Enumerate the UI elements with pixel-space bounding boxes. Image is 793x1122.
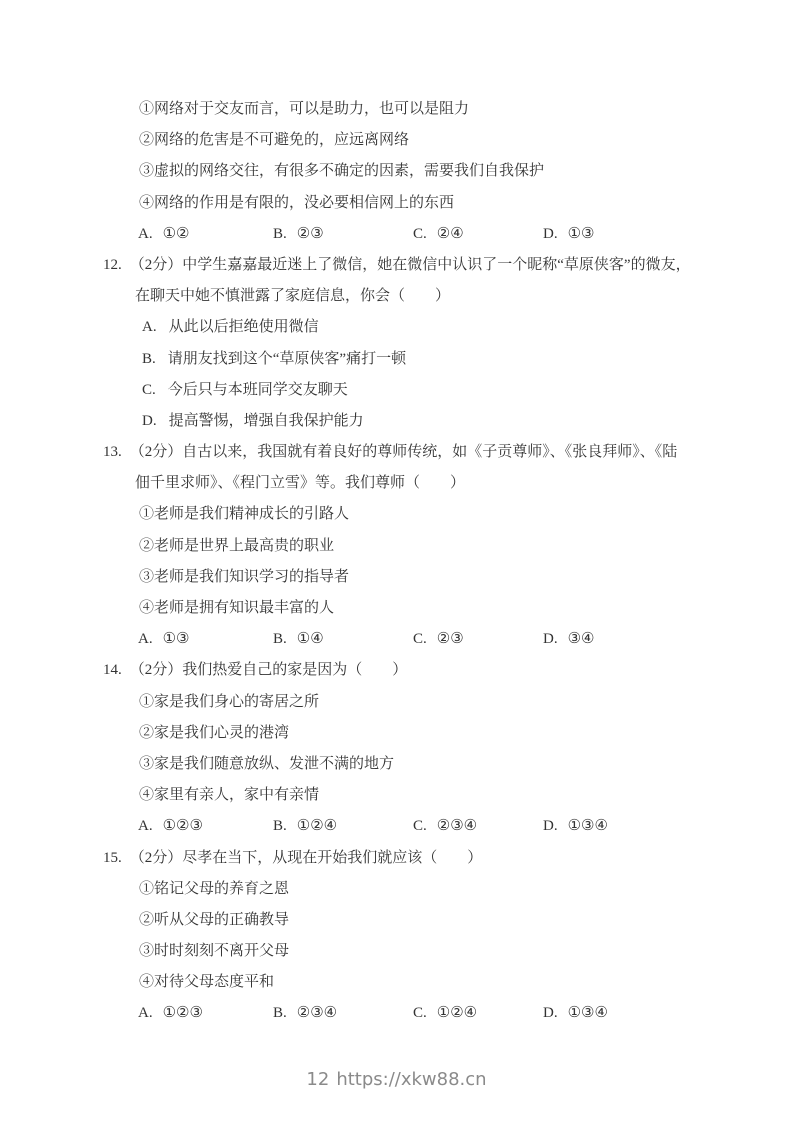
question-item: ④老师是拥有知识最丰富的人 xyxy=(103,593,763,624)
choice-label: B. xyxy=(273,226,287,242)
question-item: ①老师是我们精神成长的引路人 xyxy=(103,499,763,530)
choice-label: B. xyxy=(273,818,287,834)
choice-d: D.①③④ xyxy=(543,811,608,842)
question-number: 12. xyxy=(103,257,122,273)
question-stem-continued: 在聊天中她不慎泄露了家庭信息，你会（ ） xyxy=(103,281,763,312)
question-item: ③家是我们随意放纵、发泄不满的地方 xyxy=(103,749,763,780)
question-stem-text: （2分）尽孝在当下，从现在开始我们就应该（ ） xyxy=(130,850,483,866)
question-item: ④对待父母态度平和 xyxy=(103,967,763,998)
choice-value: ①③④ xyxy=(568,818,608,834)
choice-value: ①③ xyxy=(163,631,190,647)
option-label: C. xyxy=(142,382,156,398)
choice-b: B.①④ xyxy=(273,624,413,655)
option-label: B. xyxy=(142,351,156,367)
question-15: 15.（2分）尽孝在当下，从现在开始我们就应该（ ） ①铭记父母的养育之恩 ②听… xyxy=(103,843,763,1030)
choice-c: C.①②④ xyxy=(413,998,543,1029)
choice-b: B.①②④ xyxy=(273,811,413,842)
choice-b: B.②③ xyxy=(273,219,413,250)
question-item: ①网络对于交友而言，可以是助力，也可以是阻力 xyxy=(103,94,763,125)
page-footer: 12https://xkw88.cn xyxy=(0,1068,793,1092)
option-c: C.今后只与本班同学交友聊天 xyxy=(103,375,763,406)
choice-value: ②③ xyxy=(297,226,324,242)
choice-label: C. xyxy=(413,631,427,647)
choice-value: ①② xyxy=(163,226,190,242)
option-d: D.提高警惕，增强自我保护能力 xyxy=(103,406,763,437)
option-text: 提高警惕，增强自我保护能力 xyxy=(169,413,364,429)
question-list: ①网络对于交友而言，可以是助力，也可以是阻力 ②网络的危害是不可避免的，应远离网… xyxy=(103,94,763,1030)
choice-a: A.①②③ xyxy=(138,811,273,842)
choice-a: A.①②③ xyxy=(138,998,273,1029)
choice-b: B.②③④ xyxy=(273,998,413,1029)
question-item: ②家是我们心灵的港湾 xyxy=(103,718,763,749)
choice-value: ②④ xyxy=(437,226,464,242)
question-13: 13.（2分）自古以来，我国就有着良好的尊师传统，如《子贡尊师》、《张良拜师》、… xyxy=(103,437,763,655)
choice-value: ①③ xyxy=(568,226,595,242)
choice-label: A. xyxy=(138,1005,153,1021)
choice-a: A.①③ xyxy=(138,624,273,655)
question-stem: 14.（2分）我们热爱自己的家是因为（ ） xyxy=(103,655,763,686)
question-item: ②听从父母的正确教导 xyxy=(103,905,763,936)
question-number: 15. xyxy=(103,850,122,866)
choice-label: A. xyxy=(138,818,153,834)
choice-value: ①②④ xyxy=(437,1005,477,1021)
choice-value: ①④ xyxy=(297,631,324,647)
choice-c: C.②④ xyxy=(413,219,543,250)
question-stem: 12.（2分）中学生嘉嘉最近迷上了微信，她在微信中认识了一个昵称“草原侠客”的微… xyxy=(103,250,763,281)
choices-row: A.①②B.②③C.②④D.①③ xyxy=(103,219,763,250)
option-text: 今后只与本班同学交友聊天 xyxy=(168,382,348,398)
question-item: ③虚拟的网络交往，有很多不确定的因素，需要我们自我保护 xyxy=(103,156,763,187)
option-b: B.请朋友找到这个“草原侠客”痛打一顿 xyxy=(103,344,763,375)
choice-label: B. xyxy=(273,1005,287,1021)
question-item: ①家是我们身心的寄居之所 xyxy=(103,687,763,718)
choice-a: A.①② xyxy=(138,219,273,250)
choice-value: ①③④ xyxy=(568,1005,608,1021)
choice-value: ①②④ xyxy=(297,818,337,834)
question-item: ②网络的危害是不可避免的，应远离网络 xyxy=(103,125,763,156)
question-stem: 15.（2分）尽孝在当下，从现在开始我们就应该（ ） xyxy=(103,843,763,874)
question-item: ④家里有亲人，家中有亲情 xyxy=(103,780,763,811)
choices-row: A.①②③B.①②④C.②③④D.①③④ xyxy=(103,811,763,842)
question-stem-text: （2分）中学生嘉嘉最近迷上了微信，她在微信中认识了一个昵称“草原侠客”的微友， xyxy=(130,257,691,273)
question-number: 14. xyxy=(103,662,122,678)
choice-value: ②③④ xyxy=(297,1005,337,1021)
question-item: ④网络的作用是有限的，没必要相信网上的东西 xyxy=(103,188,763,219)
choice-d: D.①③ xyxy=(543,219,595,250)
choice-label: A. xyxy=(138,631,153,647)
choice-label: A. xyxy=(138,226,153,242)
choice-c: C.②③ xyxy=(413,624,543,655)
option-label: A. xyxy=(142,319,157,335)
watermark-url: https://xkw88.cn xyxy=(336,1069,486,1090)
choice-value: ②③④ xyxy=(437,818,477,834)
question-item: ②老师是世界上最高贵的职业 xyxy=(103,531,763,562)
choice-label: D. xyxy=(543,1005,558,1021)
choice-c: C.②③④ xyxy=(413,811,543,842)
choice-value: ①②③ xyxy=(163,818,203,834)
question-stem-text: （2分）我们热爱自己的家是因为（ ） xyxy=(130,662,408,678)
choices-row: A.①③B.①④C.②③D.③④ xyxy=(103,624,763,655)
choice-value: ①②③ xyxy=(163,1005,203,1021)
choice-label: D. xyxy=(543,818,558,834)
question-stem-continued: 佃千里求师》、《程门立雪》等。我们尊师（ ） xyxy=(103,468,763,499)
question-12: 12.（2分）中学生嘉嘉最近迷上了微信，她在微信中认识了一个昵称“草原侠客”的微… xyxy=(103,250,763,437)
exam-page: ①网络对于交友而言，可以是助力，也可以是阻力 ②网络的危害是不可避免的，应远离网… xyxy=(0,0,793,1122)
question-item: ①铭记父母的养育之恩 xyxy=(103,874,763,905)
choice-label: D. xyxy=(543,631,558,647)
question-number: 13. xyxy=(103,444,122,460)
choice-label: C. xyxy=(413,818,427,834)
question-stem: 13.（2分）自古以来，我国就有着良好的尊师传统，如《子贡尊师》、《张良拜师》、… xyxy=(103,437,763,468)
choice-label: C. xyxy=(413,226,427,242)
choice-d: D.③④ xyxy=(543,624,595,655)
choice-value: ③④ xyxy=(568,631,595,647)
choice-label: D. xyxy=(543,226,558,242)
page-number: 12 xyxy=(306,1069,329,1090)
question-item: ③时时刻刻不离开父母 xyxy=(103,936,763,967)
question-item: ③老师是我们知识学习的指导者 xyxy=(103,562,763,593)
choice-d: D.①③④ xyxy=(543,998,608,1029)
choice-label: B. xyxy=(273,631,287,647)
option-text: 从此以后拒绝使用微信 xyxy=(169,319,319,335)
choices-row: A.①②③B.②③④C.①②④D.①③④ xyxy=(103,998,763,1029)
choice-value: ②③ xyxy=(437,631,464,647)
option-text: 请朋友找到这个“草原侠客”痛打一顿 xyxy=(168,351,406,367)
option-label: D. xyxy=(142,413,157,429)
question-14: 14.（2分）我们热爱自己的家是因为（ ） ①家是我们身心的寄居之所 ②家是我们… xyxy=(103,655,763,842)
question-11: ①网络对于交友而言，可以是助力，也可以是阻力 ②网络的危害是不可避免的，应远离网… xyxy=(103,94,763,250)
choice-label: C. xyxy=(413,1005,427,1021)
option-a: A.从此以后拒绝使用微信 xyxy=(103,312,763,343)
question-stem-text: （2分）自古以来，我国就有着良好的尊师传统，如《子贡尊师》、《张良拜师》、《陆 xyxy=(130,444,678,460)
